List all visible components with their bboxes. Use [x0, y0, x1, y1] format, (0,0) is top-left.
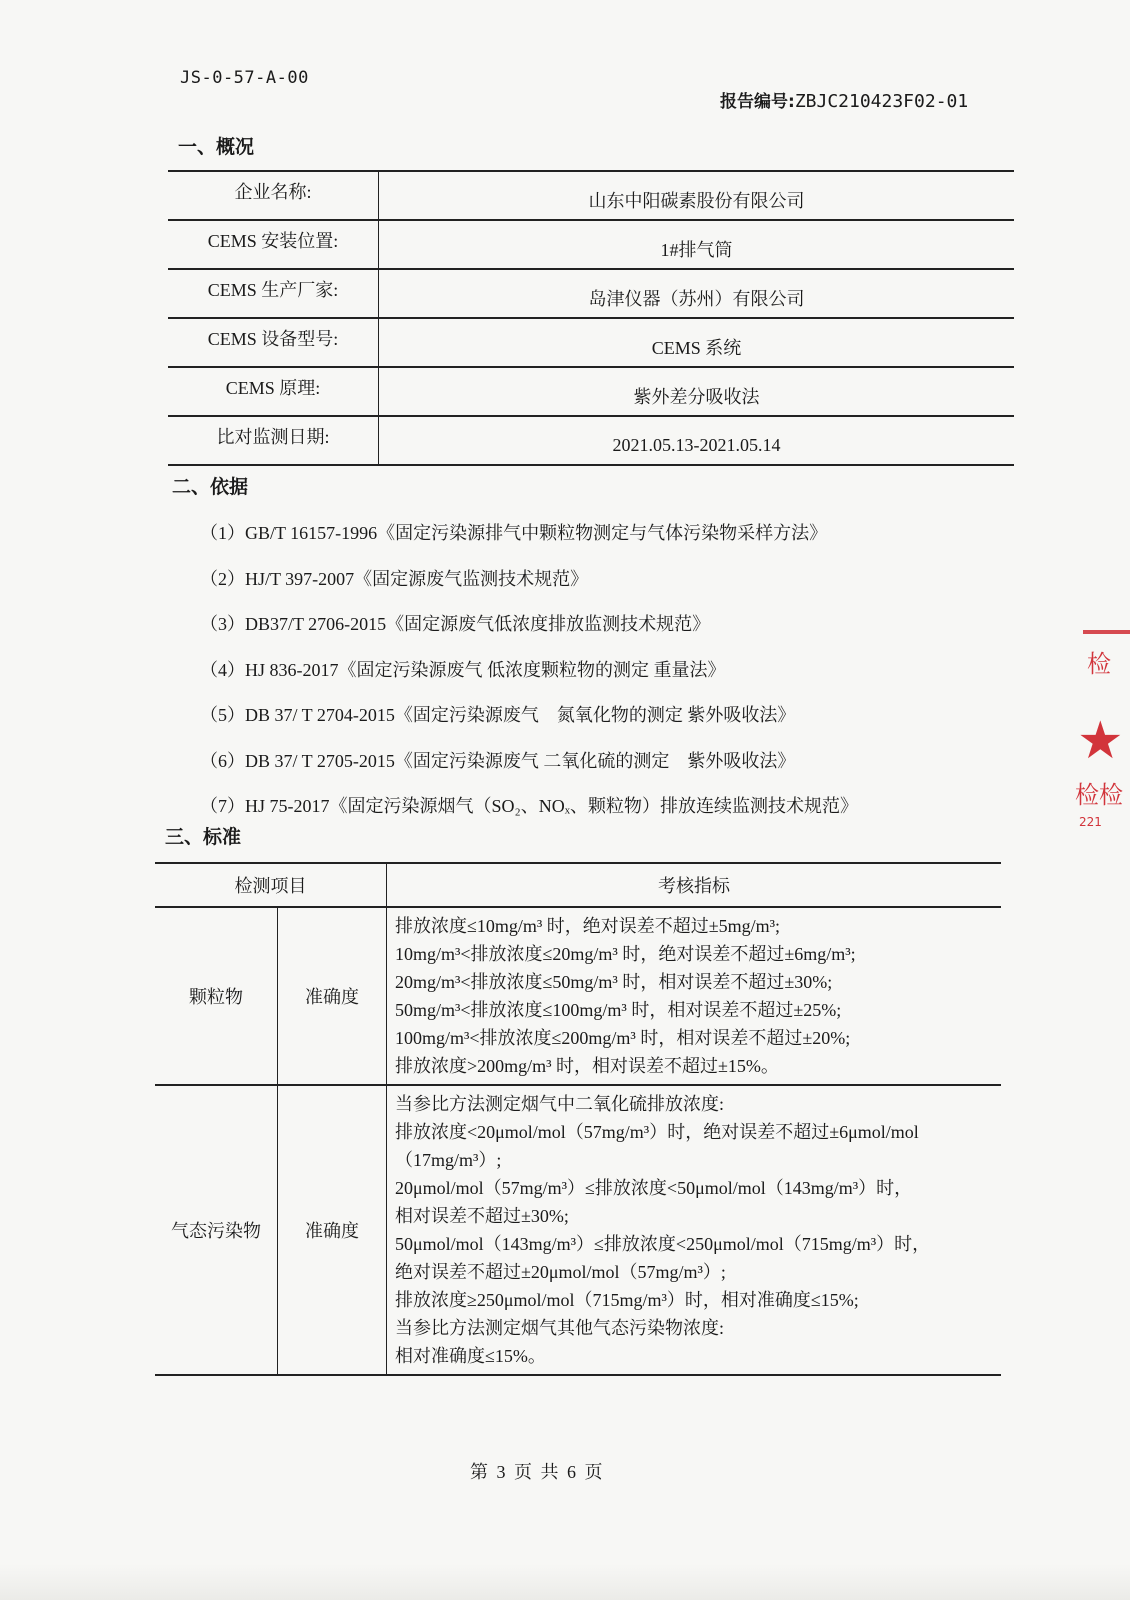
report-number-value: ZBJC210423F02-01: [795, 91, 968, 112]
header-test-item: 检测项目: [155, 863, 387, 907]
overview-label: CEMS 设备型号:: [168, 318, 379, 367]
basis-list: （1）GB/T 16157-1996《固定污染源排气中颗粒物测定与气体污染物采样…: [200, 522, 980, 841]
criteria-line: 20mg/m³<排放浓度≤50mg/m³ 时，相对误差不超过±30%;: [395, 968, 991, 996]
report-page: JS-0-57-A-00 报告编号:ZBJC210423F02-01 一、概况 …: [0, 0, 1130, 1600]
criteria-line: 50mg/m³<排放浓度≤100mg/m³ 时，相对误差不超过±25%;: [395, 996, 991, 1024]
seal-text-top: 检: [1087, 644, 1111, 679]
basis-item: （4）HJ 836-2017《固定污染源废气 低浓度颗粒物的测定 重量法》: [200, 659, 980, 705]
seal-border: [1083, 630, 1130, 634]
criteria-line: 排放浓度≤10mg/m³ 时，绝对误差不超过±5mg/m³;: [395, 912, 991, 940]
header-criteria: 考核指标: [387, 863, 1002, 907]
overview-label: CEMS 生产厂家:: [168, 269, 379, 318]
row-criteria: 当参比方法测定烟气中二氧化硫排放浓度: 排放浓度<20μmol/mol（57mg…: [387, 1085, 1002, 1375]
overview-table: 企业名称: 山东中阳碳素股份有限公司 CEMS 安装位置: 1#排气筒 CEMS…: [168, 170, 1014, 466]
report-number-label: 报告编号:: [720, 92, 795, 112]
overview-value: 1#排气筒: [379, 220, 1015, 269]
criteria-line: 排放浓度<20μmol/mol（57mg/m³）时，绝对误差不超过±6μmol/…: [395, 1118, 991, 1146]
criteria-line: 20μmol/mol（57mg/m³）≤排放浓度<50μmol/mol（143m…: [395, 1174, 991, 1202]
row-type: 准确度: [278, 907, 387, 1085]
overview-label: CEMS 原理:: [168, 367, 379, 416]
standard-table-header: 检测项目 考核指标: [155, 863, 1001, 907]
criteria-line: 相对误差不超过±30%;: [395, 1202, 991, 1230]
criteria-line: 50μmol/mol（143mg/m³）≤排放浓度<250μmol/mol（71…: [395, 1230, 991, 1258]
standard-row-gaseous: 气态污染物 准确度 当参比方法测定烟气中二氧化硫排放浓度: 排放浓度<20μmo…: [155, 1085, 1001, 1375]
criteria-line: 排放浓度≥250μmol/mol（715mg/m³）时，相对准确度≤15%;: [395, 1286, 991, 1314]
overview-value: CEMS 系统: [379, 318, 1015, 367]
standard-table: 检测项目 考核指标 颗粒物 准确度 排放浓度≤10mg/m³ 时，绝对误差不超过…: [155, 862, 1001, 1376]
criteria-line: 绝对误差不超过±20μmol/mol（57mg/m³）;: [395, 1258, 991, 1286]
basis-item: （1）GB/T 16157-1996《固定污染源排气中颗粒物测定与气体污染物采样…: [200, 522, 980, 568]
section-title-standard: 三、标准: [165, 822, 241, 849]
overview-row: CEMS 设备型号: CEMS 系统: [168, 318, 1014, 367]
criteria-line: 当参比方法测定烟气其他气态污染物浓度:: [395, 1314, 991, 1342]
row-category: 颗粒物: [155, 907, 278, 1085]
official-seal-partial: 检 ★ 检检 221: [1075, 630, 1130, 840]
criteria-line: 排放浓度>200mg/m³ 时，相对误差不超过±15%。: [395, 1052, 991, 1080]
basis-item: （5）DB 37/ T 2704-2015《固定污染源废气 氮氧化物的测定 紫外…: [200, 704, 980, 750]
criteria-line: （17mg/m³）;: [395, 1146, 991, 1174]
overview-row: CEMS 原理: 紫外差分吸收法: [168, 367, 1014, 416]
overview-row: CEMS 安装位置: 1#排气筒: [168, 220, 1014, 269]
basis-item: （2）HJ/T 397-2007《固定源废气监测技术规范》: [200, 568, 980, 614]
criteria-line: 100mg/m³<排放浓度≤200mg/m³ 时，相对误差不超过±20%;: [395, 1024, 991, 1052]
page-number: 第 3 页 共 6 页: [470, 1458, 605, 1484]
section-title-overview: 一、概况: [178, 132, 254, 159]
criteria-line: 10mg/m³<排放浓度≤20mg/m³ 时，绝对误差不超过±6mg/m³;: [395, 940, 991, 968]
section-title-basis: 二、依据: [172, 472, 248, 499]
standard-row-particulate: 颗粒物 准确度 排放浓度≤10mg/m³ 时，绝对误差不超过±5mg/m³; 1…: [155, 907, 1001, 1085]
basis-item: （6）DB 37/ T 2705-2015《固定污染源废气 二氧化硫的测定 紫外…: [200, 750, 980, 796]
seal-digits: 221: [1079, 815, 1102, 829]
overview-label: CEMS 安装位置:: [168, 220, 379, 269]
overview-value: 岛津仪器（苏州）有限公司: [379, 269, 1015, 318]
seal-text-bottom: 检检: [1075, 775, 1123, 810]
overview-value: 2021.05.13-2021.05.14: [379, 416, 1015, 465]
basis-item: （3）DB37/T 2706-2015《固定源废气低浓度排放监测技术规范》: [200, 613, 980, 659]
row-type: 准确度: [278, 1085, 387, 1375]
scan-bottom-edge: [0, 1564, 1130, 1600]
overview-label: 比对监测日期:: [168, 416, 379, 465]
overview-row: 比对监测日期: 2021.05.13-2021.05.14: [168, 416, 1014, 465]
basis-item: （7）HJ 75-2017《固定污染源烟气（SO₂、NOₓ、颗粒物）排放连续监测…: [200, 795, 980, 841]
criteria-line: 相对准确度≤15%。: [395, 1342, 991, 1370]
overview-row: CEMS 生产厂家: 岛津仪器（苏州）有限公司: [168, 269, 1014, 318]
document-code: JS-0-57-A-00: [180, 68, 309, 88]
overview-row: 企业名称: 山东中阳碳素股份有限公司: [168, 171, 1014, 220]
overview-value: 山东中阳碳素股份有限公司: [379, 171, 1015, 220]
criteria-line: 当参比方法测定烟气中二氧化硫排放浓度:: [395, 1090, 991, 1118]
row-category: 气态污染物: [155, 1085, 278, 1375]
star-icon: ★: [1077, 715, 1124, 767]
overview-value: 紫外差分吸收法: [379, 367, 1015, 416]
report-number: 报告编号:ZBJC210423F02-01: [720, 87, 968, 112]
overview-label: 企业名称:: [168, 171, 379, 220]
row-criteria: 排放浓度≤10mg/m³ 时，绝对误差不超过±5mg/m³; 10mg/m³<排…: [387, 907, 1002, 1085]
